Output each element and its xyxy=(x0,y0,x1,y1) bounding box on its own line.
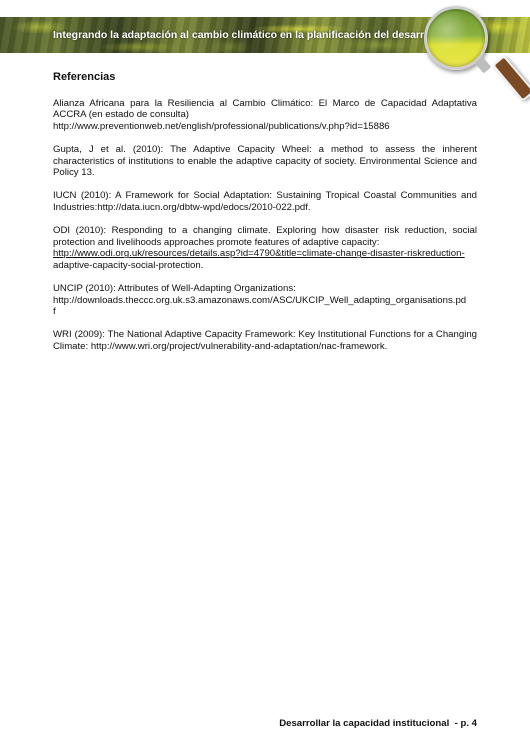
reference-url[interactable]: http://downloads.theccc.org.uk.s3.amazon… xyxy=(53,295,477,307)
magnifier-handle xyxy=(492,55,530,102)
magnifying-glass-icon xyxy=(420,2,530,102)
magnifier-neck xyxy=(475,56,492,73)
reference-item: WRI (2009): The National Adaptive Capaci… xyxy=(53,329,477,352)
reference-item: Alianza Africana para la Resiliencia al … xyxy=(53,98,477,133)
reference-item: IUCN (2010): A Framework for Social Adap… xyxy=(53,190,477,213)
references-section: Referencias Alianza Africana para la Res… xyxy=(53,72,477,364)
section-heading: Referencias xyxy=(53,72,477,84)
reference-item: Gupta, J et al. (2010): The Adaptive Cap… xyxy=(53,144,477,179)
reference-item: ODI (2010): Responding to a changing cli… xyxy=(53,225,477,271)
reference-item: UNCIP (2010): Attributes of Well-Adaptin… xyxy=(53,283,477,318)
page-footer: Desarrollar la capacidad institucional -… xyxy=(279,718,477,729)
reference-url[interactable]: http://www.preventionweb.net/english/pro… xyxy=(53,121,477,133)
reference-link[interactable]: http://www.odi.org.uk/resources/details.… xyxy=(53,248,477,260)
document-title: Integrando la adaptación al cambio climá… xyxy=(53,29,443,41)
